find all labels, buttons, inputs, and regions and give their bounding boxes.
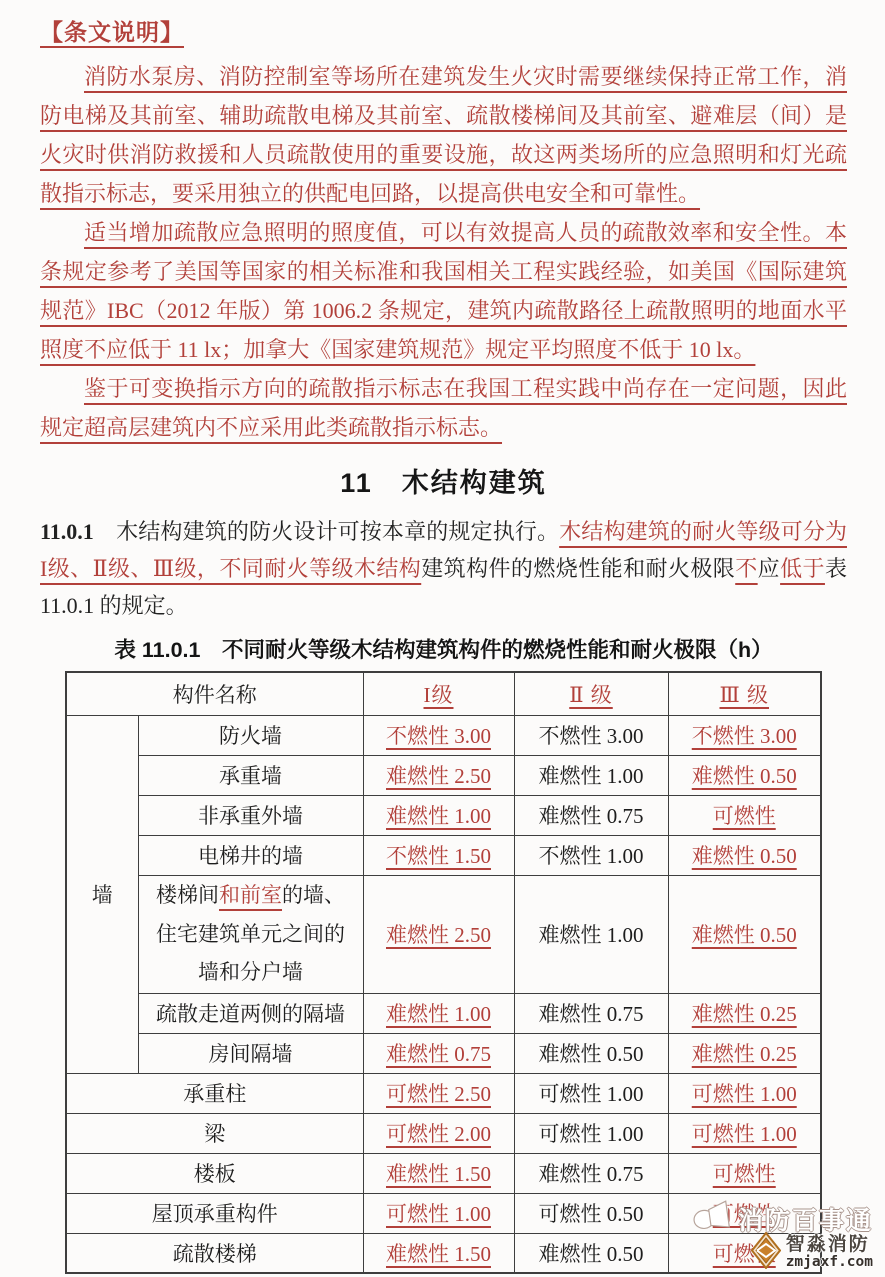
cell-grade3: 难燃性 0.25 xyxy=(668,993,821,1033)
table-row: 承重柱 可燃性 2.50 可燃性 1.00 可燃性 1.00 xyxy=(66,1073,821,1113)
commentary-paragraph-2: 适当增加疏散应急照明的照度值，可以有效提高人员的疏散效率和安全性。本条规定参考了… xyxy=(40,213,847,369)
cell-grade1: 不燃性 1.50 xyxy=(363,835,514,875)
row-name: 屋顶承重构件 xyxy=(66,1193,363,1233)
clause-number: 11.0.1 xyxy=(40,519,94,544)
clause-11-0-1: 11.0.1 木结构建筑的防火设计可按本章的规定执行。木结构建筑的耐火等级可分为… xyxy=(40,513,847,624)
row-name: 防火墙 xyxy=(138,715,363,755)
watermark-brand: 智淼消防 xyxy=(786,1235,870,1255)
table-caption: 表 11.0.1 不同耐火等级木结构建筑构件的燃烧性能和耐火极限（h） xyxy=(40,633,847,664)
cell-grade1: 难燃性 1.00 xyxy=(363,993,514,1033)
cell-grade2: 不燃性 3.00 xyxy=(514,715,668,755)
table-row: 楼板 难燃性 1.50 难燃性 0.75 可燃性 xyxy=(66,1153,821,1193)
cell-grade3: 可燃性 xyxy=(668,1153,821,1193)
commentary-paragraph-1: 消防水泵房、消防控制室等场所在建筑发生火灾时需要继续保持正常工作，消防电梯及其前… xyxy=(40,57,847,213)
row-name: 电梯井的墙 xyxy=(138,835,363,875)
cell-grade1: 难燃性 1.50 xyxy=(363,1153,514,1193)
watermark-title-row: 消防百事通 xyxy=(692,1198,873,1239)
cell-grade3: 不燃性 3.00 xyxy=(668,715,821,755)
cell-grade2: 难燃性 0.50 xyxy=(514,1033,668,1073)
fire-resistance-table: 构件名称 I级 Ⅱ 级 Ⅲ 级 墙 防火墙 不燃性 3.00 不燃性 3.00 … xyxy=(65,671,822,1274)
cell-grade2: 可燃性 1.00 xyxy=(514,1113,668,1153)
cell-grade1: 难燃性 2.50 xyxy=(363,875,514,993)
cell-grade3: 可燃性 1.00 xyxy=(668,1073,821,1113)
header-grade-2: Ⅱ 级 xyxy=(514,672,668,715)
cell-grade1: 难燃性 1.50 xyxy=(363,1233,514,1273)
commentary-paragraph-3: 鉴于可变换指示方向的疏散指示标志在我国工程实践中尚存在一定问题，因此规定超高层建… xyxy=(40,369,847,447)
row-name: 承重墙 xyxy=(138,755,363,795)
document-page: 【条文说明】 消防水泵房、消防控制室等场所在建筑发生火灾时需要继续保持正常工作，… xyxy=(0,0,885,1274)
section-label: 【条文说明】 xyxy=(40,14,184,47)
cell-grade3: 难燃性 0.50 xyxy=(668,875,821,993)
table-row: 墙 防火墙 不燃性 3.00 不燃性 3.00 不燃性 3.00 xyxy=(66,715,821,755)
row-name: 楼板 xyxy=(66,1153,363,1193)
watermark-brand-block: 智淼消防 zmjaxf.com xyxy=(786,1235,873,1270)
cell-grade3: 难燃性 0.50 xyxy=(668,835,821,875)
cell-grade1: 可燃性 2.50 xyxy=(363,1073,514,1113)
cell-grade2: 难燃性 1.00 xyxy=(514,755,668,795)
row-name: 承重柱 xyxy=(66,1073,363,1113)
table-header-row: 构件名称 I级 Ⅱ 级 Ⅲ 级 xyxy=(66,672,821,715)
header-component-name: 构件名称 xyxy=(66,672,363,715)
commentary-paragraphs: 消防水泵房、消防控制室等场所在建筑发生火灾时需要继续保持正常工作，消防电梯及其前… xyxy=(40,57,847,447)
table-row: 非承重外墙 难燃性 1.00 难燃性 0.75 可燃性 xyxy=(66,795,821,835)
clause-text-red: 低于 xyxy=(780,556,825,581)
fire-resistance-table-wrap: 构件名称 I级 Ⅱ 级 Ⅲ 级 墙 防火墙 不燃性 3.00 不燃性 3.00 … xyxy=(65,671,820,1274)
clause-text-black: 建筑构件的燃烧性能和耐火极限 xyxy=(421,556,735,581)
clause-text-red: 不 xyxy=(735,556,757,581)
cell-grade2: 难燃性 0.75 xyxy=(514,795,668,835)
cell-grade1: 难燃性 1.00 xyxy=(363,795,514,835)
cell-grade1: 难燃性 2.50 xyxy=(363,755,514,795)
cell-grade3: 可燃性 1.00 xyxy=(668,1113,821,1153)
cell-grade1: 可燃性 1.00 xyxy=(363,1193,514,1233)
watermark-site: zmjaxf.com xyxy=(786,1255,873,1270)
watermark: 消防百事通 智淼消防 zmjaxf.com xyxy=(692,1198,873,1274)
table-row: 承重墙 难燃性 2.50 难燃性 1.00 难燃性 0.50 xyxy=(66,755,821,795)
cell-grade2: 难燃性 1.00 xyxy=(514,875,668,993)
group-label-wall: 墙 xyxy=(66,715,138,1073)
cell-grade2: 可燃性 1.00 xyxy=(514,1073,668,1113)
cell-grade2: 难燃性 0.50 xyxy=(514,1233,668,1273)
cell-grade2: 不燃性 1.00 xyxy=(514,835,668,875)
clause-text-black: 木结构建筑的防火设计可按本章的规定执行。 xyxy=(94,519,559,544)
cell-grade2: 难燃性 0.75 xyxy=(514,993,668,1033)
table-row: 楼梯间和前室的墙、住宅建筑单元之间的墙和分户墙 难燃性 2.50 难燃性 1.0… xyxy=(66,875,821,993)
row-name-part-red: 和前室 xyxy=(219,883,282,907)
table-row: 梁 可燃性 2.00 可燃性 1.00 可燃性 1.00 xyxy=(66,1113,821,1153)
header-grade-3: Ⅲ 级 xyxy=(668,672,821,715)
row-name: 疏散走道两侧的隔墙 xyxy=(138,993,363,1033)
row-name-part: 楼梯间 xyxy=(156,883,219,907)
row-name: 房间隔墙 xyxy=(138,1033,363,1073)
speaker-icon xyxy=(689,1195,738,1242)
table-row: 房间隔墙 难燃性 0.75 难燃性 0.50 难燃性 0.25 xyxy=(66,1033,821,1073)
cell-grade1: 不燃性 3.00 xyxy=(363,715,514,755)
cell-grade1: 可燃性 2.00 xyxy=(363,1113,514,1153)
row-name: 非承重外墙 xyxy=(138,795,363,835)
cell-grade3: 难燃性 0.25 xyxy=(668,1033,821,1073)
cell-grade2: 难燃性 0.75 xyxy=(514,1153,668,1193)
diamond-logo-icon xyxy=(751,1232,781,1274)
table-row: 疏散走道两侧的隔墙 难燃性 1.00 难燃性 0.75 难燃性 0.25 xyxy=(66,993,821,1033)
cell-grade3: 难燃性 0.50 xyxy=(668,755,821,795)
cell-grade2: 可燃性 0.50 xyxy=(514,1193,668,1233)
chapter-heading: 11 木结构建筑 xyxy=(40,461,847,500)
row-name: 梁 xyxy=(66,1113,363,1153)
row-name: 疏散楼梯 xyxy=(66,1233,363,1273)
header-grade-1: I级 xyxy=(363,672,514,715)
row-name: 楼梯间和前室的墙、住宅建筑单元之间的墙和分户墙 xyxy=(138,875,363,993)
clause-text-black: 应 xyxy=(758,556,780,581)
cell-grade1: 难燃性 0.75 xyxy=(363,1033,514,1073)
cell-grade3: 可燃性 xyxy=(668,795,821,835)
table-row: 电梯井的墙 不燃性 1.50 不燃性 1.00 难燃性 0.50 xyxy=(66,835,821,875)
